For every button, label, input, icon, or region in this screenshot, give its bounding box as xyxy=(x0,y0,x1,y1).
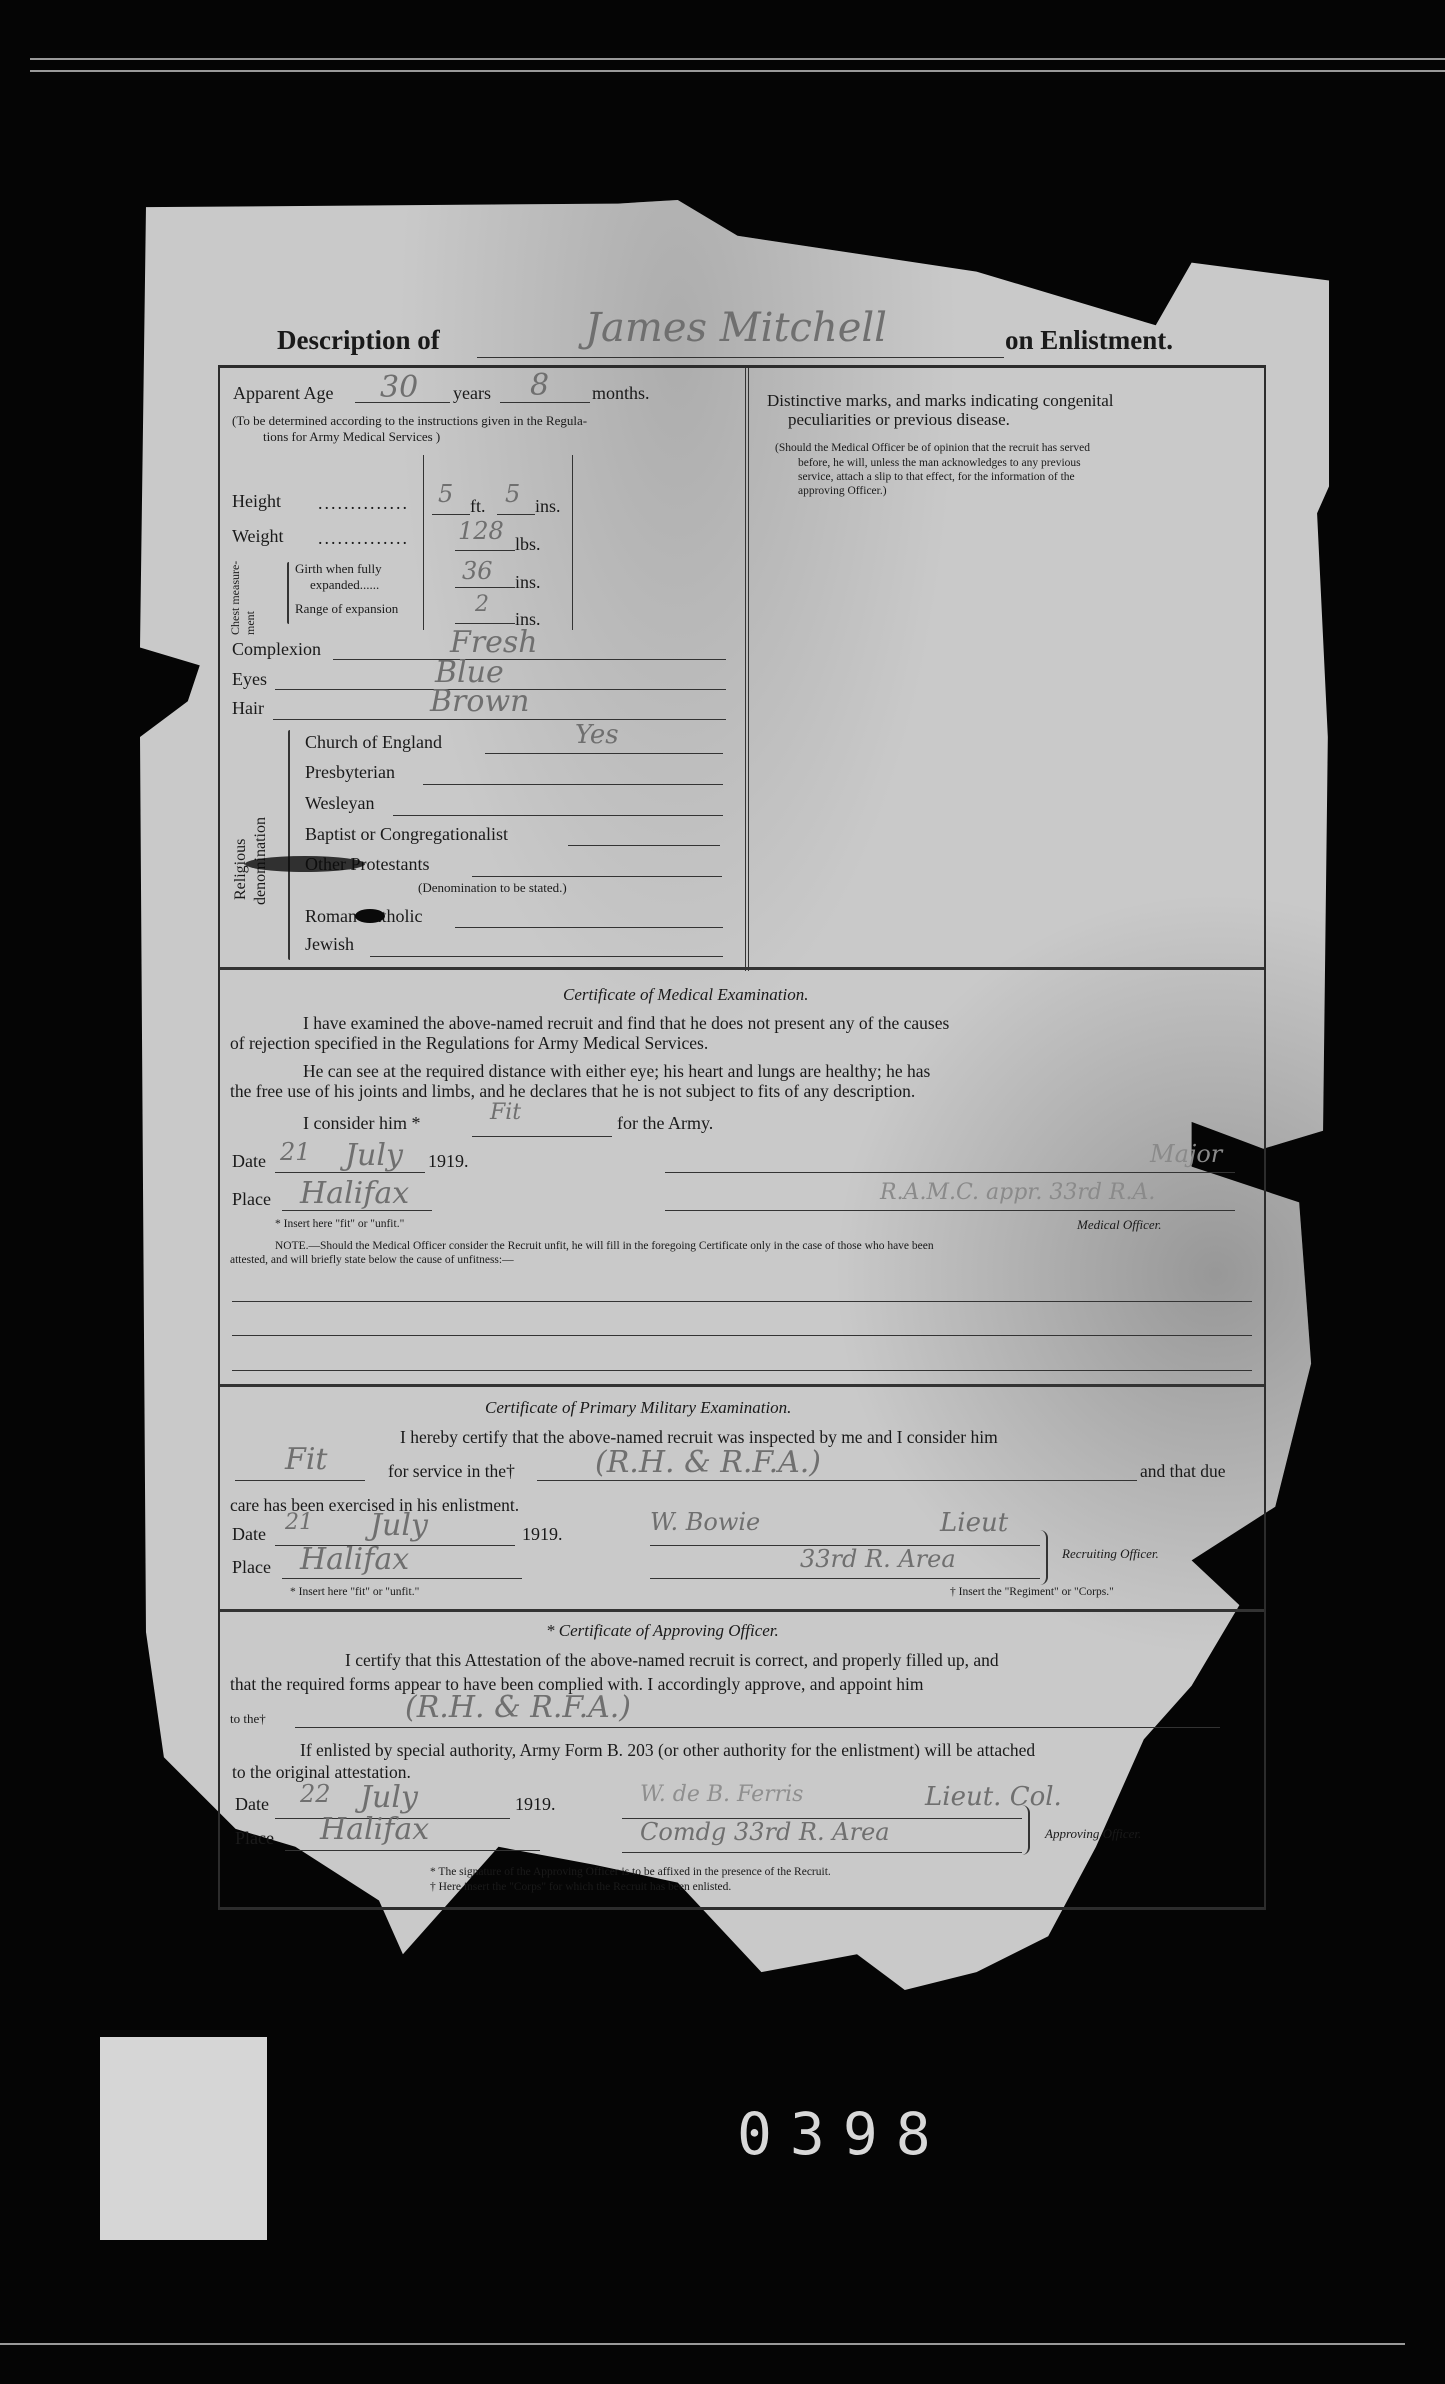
section-divider-approving xyxy=(220,1609,1264,1612)
religion-baptist: Baptist or Congregationalist xyxy=(305,825,508,845)
distinctive-marks-note-3: service, attach a slip to that effect, f… xyxy=(798,471,1075,484)
approving-date-year: 1919. xyxy=(515,1795,556,1815)
approving-to-the-label: to the† xyxy=(230,1712,266,1726)
primary-corps-value: (R.H. & R.F.A.) xyxy=(595,1445,821,1480)
approving-signature-unit: Comdg 33rd R. Area xyxy=(640,1818,890,1846)
religion-line-6 xyxy=(370,956,723,957)
medical-insert-note: * Insert here "fit" or "unfit." xyxy=(275,1218,404,1231)
primary-certificate-heading: Certificate of Primary Military Examinat… xyxy=(485,1399,791,1418)
height-ft-value: 5 xyxy=(438,480,453,508)
primary-corps-line xyxy=(537,1480,1137,1481)
approving-date-day: 22 xyxy=(300,1780,331,1808)
approving-officer-label: Approving Officer. xyxy=(1045,1827,1141,1841)
medical-signature-line xyxy=(665,1172,1235,1173)
film-top-edge xyxy=(30,58,1445,60)
months-label: months. xyxy=(592,384,650,404)
primary-date-day: 21 xyxy=(285,1510,313,1535)
recruiting-officer-label: Recruiting Officer. xyxy=(1062,1547,1159,1561)
name-underline xyxy=(477,357,1004,358)
medical-place-value: Halifax xyxy=(300,1176,409,1211)
distinctive-marks-heading-1: Distinctive marks, and marks indicating … xyxy=(767,392,1114,411)
age-note-line1: (To be determined according to the instr… xyxy=(232,414,587,428)
distinctive-marks-heading-2: peculiarities or previous disease. xyxy=(788,411,1010,430)
film-top-edge-2 xyxy=(30,70,1445,72)
chest-measurement-label: Chest measure-ment xyxy=(228,560,264,635)
consider-suffix: for the Army. xyxy=(617,1114,713,1134)
section-divider-primary xyxy=(220,1384,1264,1387)
religion-line-3 xyxy=(568,845,720,846)
medical-date-label: Date xyxy=(232,1152,266,1172)
primary-signature-rank: Lieut xyxy=(940,1508,1008,1538)
frame-counter-digit: 0 xyxy=(737,2100,774,2168)
religion-line-0 xyxy=(485,753,723,754)
primary-service-label: for service in the† xyxy=(388,1462,515,1481)
religion-brace xyxy=(288,730,290,960)
approving-signature-name: W. de B. Ferris xyxy=(640,1782,803,1807)
complexion-label: Complexion xyxy=(232,640,321,660)
hair-value: Brown xyxy=(430,684,529,719)
unfitness-line-2 xyxy=(232,1335,1252,1336)
distinctive-marks-note-4: approving Officer.) xyxy=(798,485,887,498)
distinctive-marks-note-2: before, he will, unless the man acknowle… xyxy=(798,457,1081,470)
chest-brace xyxy=(287,562,289,624)
ins-label-height: ins. xyxy=(535,497,561,517)
unfitness-line-3 xyxy=(232,1370,1252,1371)
unfitness-line-1 xyxy=(232,1301,1252,1302)
weight-label: Weight xyxy=(232,527,284,547)
approving-corps-line xyxy=(295,1727,1220,1728)
religion-line-5 xyxy=(455,927,723,928)
medical-date-month: July xyxy=(345,1138,403,1173)
religion-line-1 xyxy=(423,784,723,785)
primary-date-year: 1919. xyxy=(522,1525,563,1545)
medical-date-year: 1919. xyxy=(428,1152,469,1172)
girth-line xyxy=(455,587,515,588)
medical-officer-label: Medical Officer. xyxy=(1077,1218,1161,1232)
consider-value: Fit xyxy=(490,1100,521,1125)
title-prefix: Description of xyxy=(277,326,440,356)
medical-para1-line2: of rejection specified in the Regulation… xyxy=(230,1034,708,1053)
primary-date-month: July xyxy=(370,1508,428,1543)
medical-note-line1: NOTE.—Should the Medical Officer conside… xyxy=(275,1240,934,1253)
range-line xyxy=(455,623,515,624)
weight-leader-dots: .............. xyxy=(318,529,409,549)
primary-place-label: Place xyxy=(232,1558,271,1578)
frame-counter-digit: 8 xyxy=(896,2100,933,2168)
height-label: Height xyxy=(232,492,281,512)
religion-presbyterian: Presbyterian xyxy=(305,763,395,783)
religion-group-label-2: denomination xyxy=(252,785,270,905)
hair-line xyxy=(273,719,726,720)
approving-unit-line xyxy=(622,1852,1022,1853)
medical-signature-unit: R.A.M.C. appr. 33rd R.A. xyxy=(880,1180,1155,1205)
medical-para1-line1: I have examined the above-named recruit … xyxy=(303,1014,949,1033)
approving-footnote-2: † Here insert the "Corps" for which the … xyxy=(430,1881,731,1894)
ink-blot xyxy=(245,856,365,872)
consider-prefix: I consider him * xyxy=(303,1114,420,1134)
eyes-label: Eyes xyxy=(232,670,267,690)
denomination-note: (Denomination to be stated.) xyxy=(418,881,567,895)
primary-unit-line xyxy=(650,1578,1040,1579)
film-bottom-edge xyxy=(0,2343,1405,2345)
religion-church-of-england: Church of England xyxy=(305,733,442,753)
age-years-value: 30 xyxy=(380,370,418,405)
frame-counter-digit: 3 xyxy=(790,2100,827,2168)
approving-line1: I certify that this Attestation of the a… xyxy=(345,1651,999,1670)
medical-unit-line xyxy=(665,1210,1235,1211)
ink-blot-2 xyxy=(355,909,385,923)
primary-due-label: and that due xyxy=(1140,1462,1226,1481)
height-ins-value: 5 xyxy=(505,480,520,508)
age-months-value: 8 xyxy=(530,368,549,403)
approving-signature-rank: Lieut. Col. xyxy=(925,1782,1062,1812)
approving-place-line xyxy=(285,1850,540,1851)
primary-signature-unit: 33rd R. Area xyxy=(800,1545,956,1573)
title-suffix: on Enlistment. xyxy=(1005,326,1173,356)
approving-place-label: Place xyxy=(235,1829,274,1849)
recruit-name: James Mitchell xyxy=(585,305,887,351)
distinctive-marks-note-1: (Should the Medical Officer be of opinio… xyxy=(775,442,1090,455)
weight-line xyxy=(455,550,515,551)
primary-date-label: Date xyxy=(232,1525,266,1545)
approving-certificate-heading: * Certificate of Approving Officer. xyxy=(546,1622,779,1641)
column-divider xyxy=(745,368,749,971)
medical-date-day: 21 xyxy=(280,1138,311,1166)
height-leader-dots: .............. xyxy=(318,494,409,514)
religion-group-label-1: Religious xyxy=(232,790,250,900)
ft-label: ft. xyxy=(470,497,486,517)
measurement-box-left-border xyxy=(423,455,424,630)
primary-place-value: Halifax xyxy=(300,1542,409,1577)
medical-note-line2: attested, and will briefly state below t… xyxy=(230,1254,514,1267)
primary-fit-value: Fit xyxy=(285,1442,327,1477)
height-ft-line xyxy=(432,514,470,515)
approving-date-label: Date xyxy=(235,1795,269,1815)
ins-label-girth: ins. xyxy=(515,573,541,593)
height-ins-line xyxy=(497,514,535,515)
years-label: years xyxy=(453,384,491,404)
lbs-label: lbs. xyxy=(515,535,541,555)
medical-para2-line1: He can see at the required distance with… xyxy=(303,1062,930,1081)
primary-place-line xyxy=(282,1578,522,1579)
approving-line4: If enlisted by special authority, Army F… xyxy=(300,1741,1035,1760)
frame-counter: 0 3 9 8 xyxy=(737,2100,933,2168)
medical-signature-rank: Major xyxy=(1150,1140,1222,1168)
consider-line xyxy=(472,1136,612,1137)
weight-value: 128 xyxy=(458,517,504,545)
range-label: Range of expansion xyxy=(295,602,398,616)
measurement-box-right-border xyxy=(572,455,573,630)
age-note-line2: tions for Army Medical Services ) xyxy=(263,430,440,444)
medical-para2-line2: the free use of his joints and limbs, an… xyxy=(230,1082,915,1101)
girth-label-1: Girth when fully xyxy=(295,562,382,576)
primary-signature-name: W. Bowie xyxy=(650,1508,760,1536)
primary-insert-note: * Insert here "fit" or "unfit." xyxy=(290,1586,419,1599)
range-value: 2 xyxy=(475,592,489,617)
approving-signature-brace xyxy=(1022,1805,1030,1855)
approving-footnote-1: * The signature of the Approving Officer… xyxy=(430,1866,831,1879)
religion-wesleyan: Wesleyan xyxy=(305,794,375,814)
primary-signature-brace xyxy=(1040,1530,1048,1585)
section-divider-medical xyxy=(220,967,1264,970)
religion-church-of-england-value: Yes xyxy=(575,720,619,750)
approving-date-month: July xyxy=(360,1780,418,1815)
religion-jewish: Jewish xyxy=(305,935,354,955)
religion-line-2 xyxy=(393,815,723,816)
medical-certificate-heading: Certificate of Medical Examination. xyxy=(563,986,809,1005)
white-target-card xyxy=(100,2037,267,2240)
medical-place-label: Place xyxy=(232,1190,271,1210)
hair-label: Hair xyxy=(232,699,264,719)
girth-label-2: expanded...... xyxy=(310,578,379,592)
religion-line-4 xyxy=(472,876,722,877)
approving-corps-value: (R.H. & R.F.A.) xyxy=(405,1690,631,1725)
approving-place-value: Halifax xyxy=(320,1812,429,1847)
frame-counter-digit: 9 xyxy=(843,2100,880,2168)
girth-value: 36 xyxy=(462,557,493,585)
apparent-age-label: Apparent Age xyxy=(233,384,333,404)
primary-regiment-note: † Insert the "Regiment" or "Corps." xyxy=(950,1586,1114,1599)
primary-fit-line xyxy=(235,1480,365,1481)
